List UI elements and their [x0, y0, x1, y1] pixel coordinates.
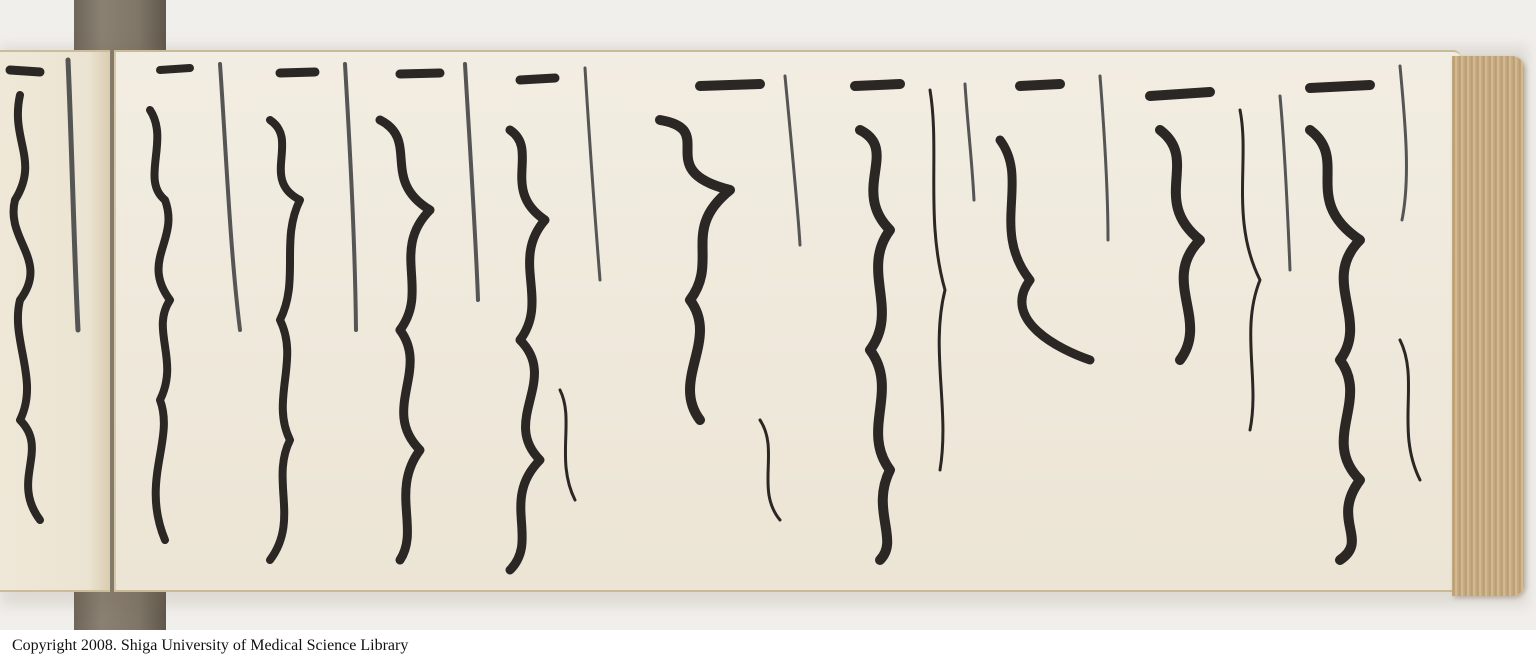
- photo-scene: [0, 0, 1536, 630]
- copyright-notice: Copyright 2008. Shiga University of Medi…: [12, 637, 408, 655]
- calligraphy-ink: [0, 0, 1536, 630]
- ink-stroke: [10, 70, 40, 72]
